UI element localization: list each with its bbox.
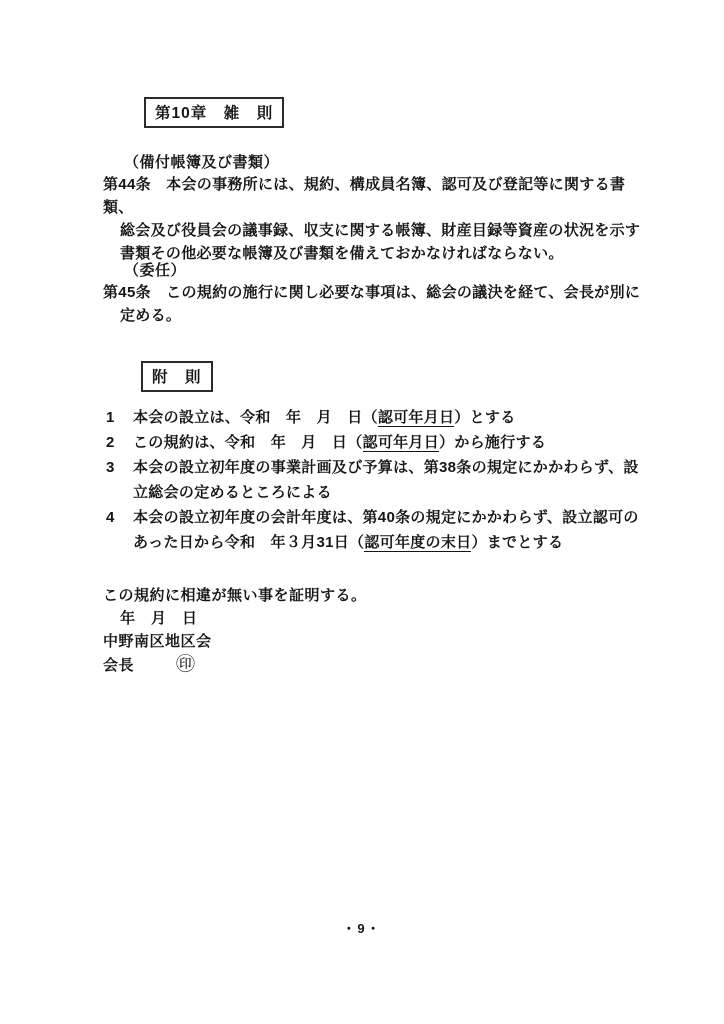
certification-statement: この規約に相違が無い事を証明する。 — [103, 584, 367, 607]
article-44-line-1: 第44条 本会の事務所には、規約、構成員名簿、認可及び登記等に関する書類、 — [103, 173, 653, 219]
underlined-text: 認可年月日 — [363, 434, 440, 452]
item-text: この規約は、令和 年 月 日（認可年月日）から施行する — [133, 430, 666, 455]
item-number: 2 — [106, 430, 133, 455]
article-45-line-2: 定める。 — [103, 304, 653, 327]
article-44-heading: （備付帳簿及び書類） — [124, 151, 279, 172]
chapter-heading-box: 第10章 雑 則 — [144, 97, 284, 128]
article-44-line-2: 総会及び役員会の議事録、収支に関する帳簿、財産目録等資産の状況を示す — [103, 219, 653, 242]
item-text: 本会の設立は、令和 年 月 日（認可年月日）とする — [133, 405, 666, 430]
organization-name: 中野南区地区会 — [103, 630, 367, 653]
article-44-body: 第44条 本会の事務所には、規約、構成員名簿、認可及び登記等に関する書類、 総会… — [103, 173, 653, 265]
item-number: 4 — [106, 505, 133, 530]
signer-line: 会長㊞ — [103, 653, 367, 677]
appendix-item-3: 3 本会の設立初年度の事業計画及び予算は、第38条の規定にかかわらず、設 立総会… — [106, 455, 666, 505]
appendix-item-4: 4 本会の設立初年度の会計年度は、第40条の規定にかかわらず、設立認可の あった… — [106, 505, 666, 555]
page-number: ・9・ — [0, 918, 724, 937]
article-45-body: 第45条 この規約の施行に関し必要な事項は、総会の議決を経て、会長が別に 定める… — [103, 281, 653, 327]
certification-block: この規約に相違が無い事を証明する。 年 月 日 中野南区地区会 会長㊞ — [103, 584, 367, 677]
seal-mark-icon: ㊞ — [176, 653, 196, 676]
item-number: 3 — [106, 455, 133, 480]
appendix-items: 1 本会の設立は、令和 年 月 日（認可年月日）とする 2 この規約は、令和 年… — [106, 405, 666, 555]
signer-title: 会長 — [103, 657, 134, 674]
certification-date-line: 年 月 日 — [103, 607, 367, 630]
underlined-text: 認可年度の末日 — [364, 534, 471, 552]
appendix-item-2: 2 この規約は、令和 年 月 日（認可年月日）から施行する — [106, 430, 666, 455]
item-text: 本会の設立初年度の事業計画及び予算は、第38条の規定にかかわらず、設 立総会の定… — [133, 455, 666, 505]
appendix-item-1: 1 本会の設立は、令和 年 月 日（認可年月日）とする — [106, 405, 666, 430]
article-45-heading: （委任） — [124, 259, 186, 280]
appendix-heading-box: 附 則 — [141, 361, 213, 392]
item-number: 1 — [106, 405, 133, 430]
underlined-text: 認可年月日 — [378, 409, 455, 427]
item-text: 本会の設立初年度の会計年度は、第40条の規定にかかわらず、設立認可の あった日か… — [133, 505, 666, 555]
document-page: 第10章 雑 則 （備付帳簿及び書類） 第44条 本会の事務所には、規約、構成員… — [0, 0, 724, 1024]
article-45-line-1: 第45条 この規約の施行に関し必要な事項は、総会の議決を経て、会長が別に — [103, 281, 653, 304]
